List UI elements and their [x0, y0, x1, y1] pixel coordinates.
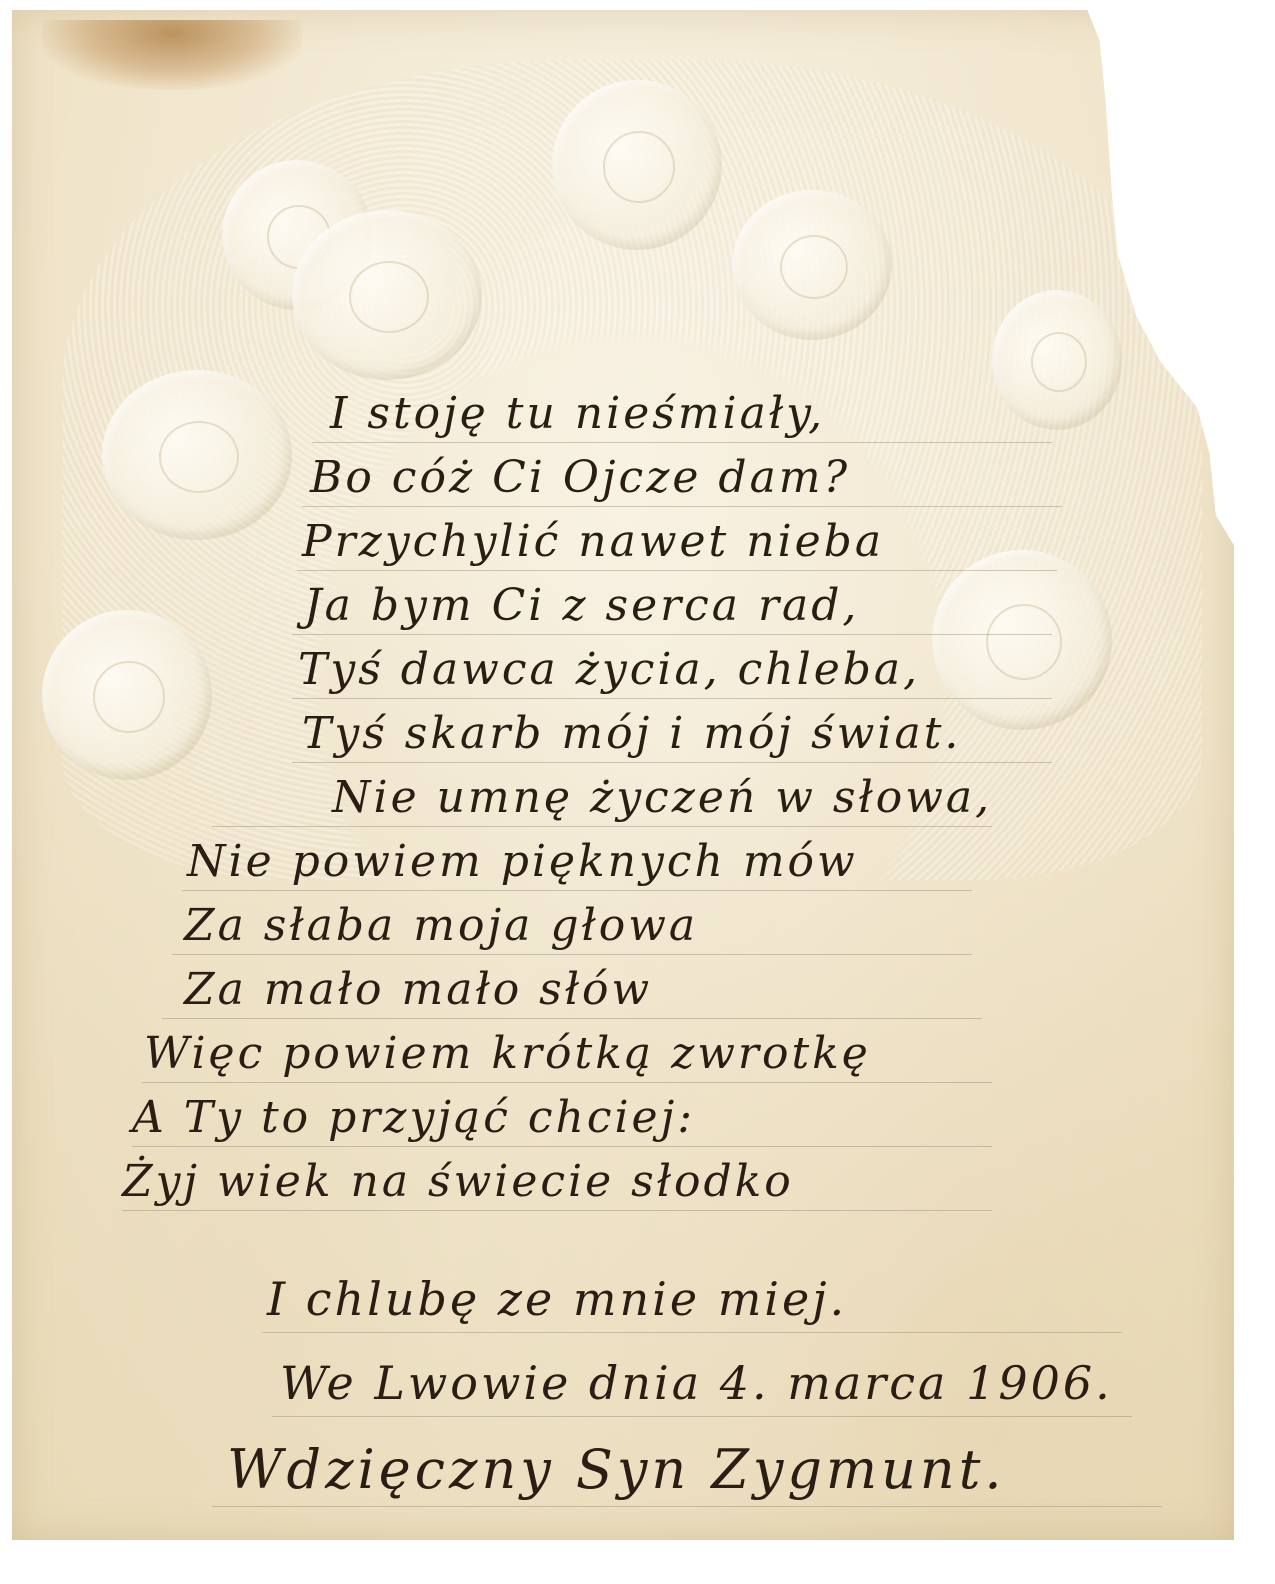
- ruled-line: [212, 1506, 1162, 1507]
- ruled-line: [212, 826, 992, 827]
- embossed-rose-icon: [732, 190, 892, 340]
- ruled-line: [312, 442, 1052, 443]
- ruled-line: [142, 1082, 992, 1083]
- letter-paper: I stoję tu nieśmiały, Bo cóż Ci Ojcze da…: [12, 10, 1234, 1540]
- poem-line: Ja bym Ci z serca rad,: [304, 580, 859, 631]
- embossed-rose-icon: [102, 370, 292, 540]
- embossed-rose-icon: [42, 610, 212, 780]
- ruled-line: [292, 762, 1052, 763]
- poem-line: Tyś dawca życia, chleba,: [298, 644, 920, 695]
- poem-line: I stoję tu nieśmiały,: [330, 388, 825, 439]
- signature: Wdzięczny Syn Zygmunt.: [227, 1438, 1006, 1501]
- ruled-line: [132, 1146, 992, 1147]
- embossed-rose-icon: [292, 210, 482, 380]
- poem-line: Przychylić nawet nieba: [302, 516, 884, 567]
- ruled-line: [122, 1210, 992, 1211]
- dateline: We Lwowie dnia 4. marca 1906.: [280, 1356, 1113, 1410]
- poem-line: Za słaba moja głowa: [184, 900, 698, 951]
- ruled-line: [162, 1018, 982, 1019]
- embossed-rose-icon: [552, 80, 722, 250]
- ruled-line: [172, 954, 972, 955]
- ruled-line: [292, 634, 1052, 635]
- ruled-line: [302, 506, 1062, 507]
- ruled-line: [272, 1416, 1132, 1417]
- embossed-rose-icon: [932, 550, 1112, 730]
- poem-line: Za mało mało słów: [184, 964, 652, 1015]
- poem-line: Tyś skarb mój i mój świat.: [302, 708, 961, 759]
- water-stain: [42, 20, 302, 90]
- poem-line: Nie powiem pięknych mów: [187, 836, 858, 887]
- ruled-line: [262, 1332, 1122, 1333]
- poem-line: Żyj wiek na świecie słodko: [122, 1156, 794, 1207]
- embossed-rose-icon: [992, 290, 1122, 430]
- poem-line: Bo cóż Ci Ojcze dam?: [310, 452, 850, 503]
- poem-line: Więc powiem krótką zwrotkę: [144, 1028, 871, 1079]
- poem-line: I chlubę ze mnie miej.: [267, 1272, 847, 1326]
- ruled-line: [297, 570, 1057, 571]
- ruled-line: [182, 890, 972, 891]
- poem-line: A Ty to przyjąć chciej:: [132, 1092, 695, 1143]
- poem-line: Nie umnę życzeń w słowa,: [332, 772, 992, 823]
- ruled-line: [292, 698, 1052, 699]
